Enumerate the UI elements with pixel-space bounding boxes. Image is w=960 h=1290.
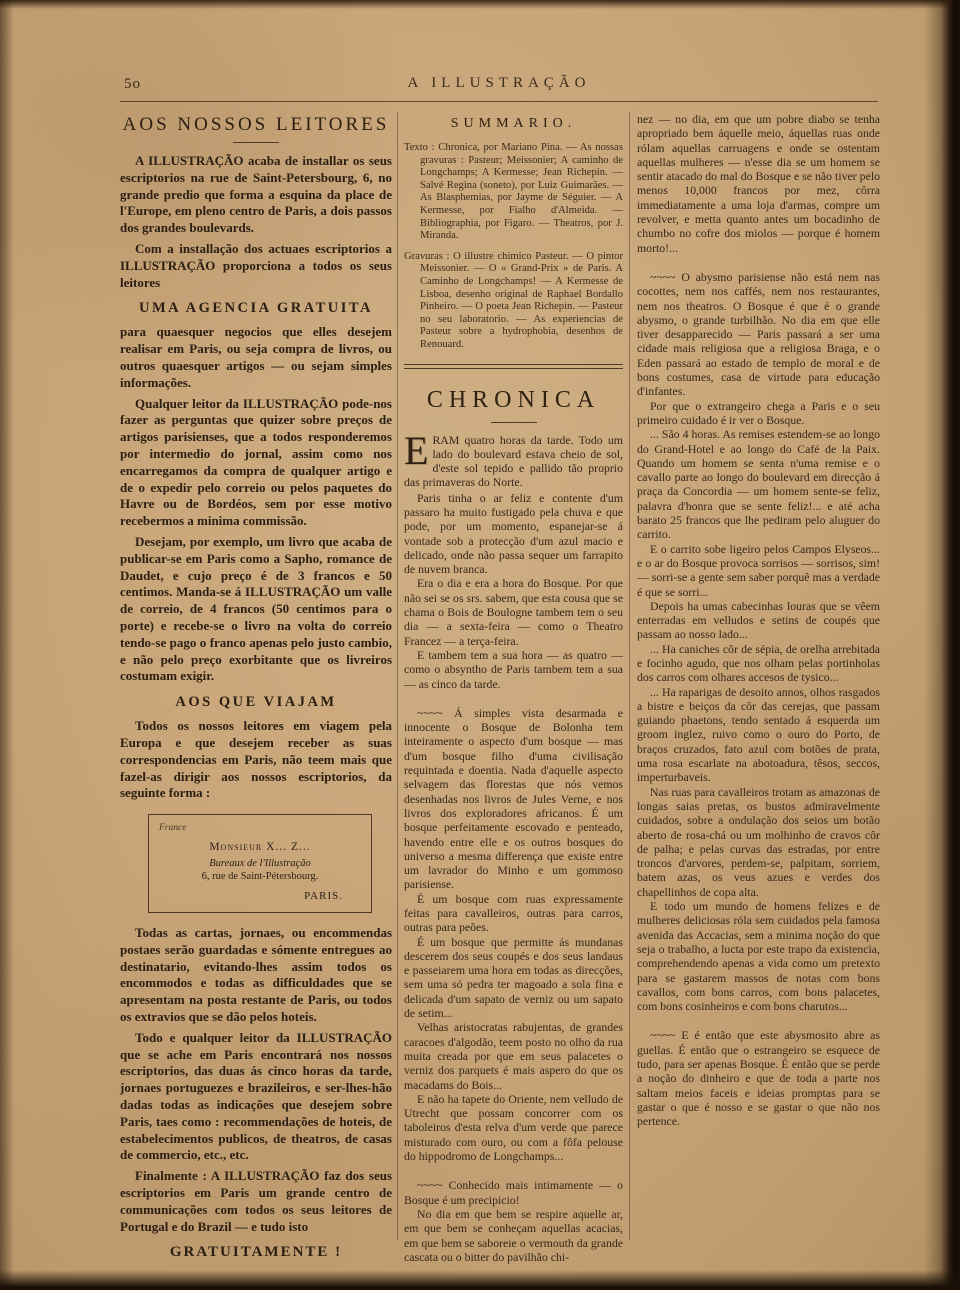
paragraph: Qualquer leitor da ILLUSTRAÇÃO pode-nos … xyxy=(120,396,392,530)
summario-gravuras: Gravuras : O illustre chimico Pasteur. —… xyxy=(404,251,623,352)
paragraph: nez — no dia, em que um pobre diabo se t… xyxy=(637,112,880,255)
heading-divider xyxy=(491,422,537,423)
paragraph: Desejam, por exemplo, um livro que acaba… xyxy=(120,534,392,685)
paragraph: Era o dia e era a hora do Bosque. Por qu… xyxy=(404,576,623,647)
paragraph: Velhas aristocratas rabujentas, de grand… xyxy=(404,1020,623,1091)
paragraph: É um bosque que permitte ás mundanas des… xyxy=(404,935,623,1021)
paragraph: ~~~~ Conhecido mais intimamente — o Bosq… xyxy=(404,1178,623,1207)
paragraph: Finalmente : A ILLUSTRAÇÃO faz dos seus … xyxy=(120,1168,392,1235)
paragraph: ~~~~ O abysmo parisiense não está nem na… xyxy=(637,270,880,399)
paragraph: Todo e qualquer leitor da ILLUSTRAÇÃO qu… xyxy=(120,1030,392,1164)
paragraph: É um bosque com ruas expressamente feita… xyxy=(404,892,623,935)
paragraph: ... Ha caniches côr de sépia, de orelha … xyxy=(637,642,880,685)
paragraph: No dia em que bem se respire aquelle ar,… xyxy=(404,1207,623,1264)
page-edge-left xyxy=(0,0,14,1290)
summario-texto: Texto : Chronica, por Mariano Pina. — As… xyxy=(404,142,623,243)
page-edge-top xyxy=(0,0,960,9)
section-divider-double-rule xyxy=(404,364,623,369)
paragraph: Paris tinha o ar feliz e contente d'um p… xyxy=(404,491,623,577)
gratuitamente-footer: GRATUITAMENTE ! xyxy=(120,1244,392,1261)
address-card: France Monsieur X... Z... Bureaux de l'I… xyxy=(148,814,372,913)
paragraph: Todos os nossos leitores em viagem pela … xyxy=(120,718,392,802)
paragraph: E o carrito sobe ligeiro pelos Campos El… xyxy=(637,542,880,599)
column-middle: SUMMARIO. Texto : Chronica, por Mariano … xyxy=(404,112,623,1264)
paragraph: Com a installação dos actuaes escriptori… xyxy=(120,241,392,291)
paragraph: Por que o extrangeiro chega a Paris e o … xyxy=(637,399,880,428)
drop-cap-initial: E xyxy=(404,433,432,467)
address-country: France xyxy=(159,823,361,833)
paragraph: Nas ruas para cavalleiros trotam as amaz… xyxy=(637,785,880,899)
address-addressee: Monsieur X... Z... xyxy=(159,841,361,853)
chronica-opening: ERAM quatro horas da tarde. Todo um lado… xyxy=(404,433,623,490)
page-header: 5o A ILLUSTRAÇÃO xyxy=(120,72,878,102)
paragraph: E todo um mundo de homens felizes e de m… xyxy=(637,899,880,1013)
address-line: Bureaux de l'Illustração xyxy=(159,858,361,869)
address-line: 6, rue de Saint-Pétersbourg. xyxy=(159,871,361,882)
paragraph: RAM quatro horas da tarde. Todo um lado … xyxy=(404,433,623,490)
column-divider-right xyxy=(629,112,630,1240)
page-edge-bottom xyxy=(0,1270,960,1290)
section-heading-chronica: CHRONICA xyxy=(404,387,623,414)
page-title: A ILLUSTRAÇÃO xyxy=(120,75,878,92)
page-edge-right xyxy=(924,0,960,1290)
header-rule xyxy=(120,101,878,102)
paragraph: para quaesquer negocios que elles deseje… xyxy=(120,324,392,391)
section-heading-summario: SUMMARIO. xyxy=(404,116,623,132)
paragraph: Depois ha umas cabecinhas louras que se … xyxy=(637,599,880,642)
paragraph: ... São 4 horas. As remises estendem-se … xyxy=(637,427,880,541)
paragraph: ... Ha raparigas de desoito annos, olhos… xyxy=(637,685,880,785)
heading-divider xyxy=(233,142,279,143)
subheading-agencia-gratuita: UMA AGENCIA GRATUITA xyxy=(120,300,392,317)
paragraph: E tambem tem a sua hora — as quatro — co… xyxy=(404,648,623,691)
section-heading-aos-nossos-leitores: AOS NOSSOS LEITORES xyxy=(120,114,392,136)
paragraph: Todas as cartas, jornaes, ou encommendas… xyxy=(120,925,392,1026)
column-right: nez — no dia, em que um pobre diabo se t… xyxy=(637,112,880,1128)
paragraph: ~~~~ E é então que este abysmosito abre … xyxy=(637,1028,880,1128)
subheading-aos-que-viajam: AOS QUE VIAJAM xyxy=(120,694,392,711)
paragraph: A ILLUSTRAÇÃO acaba de installar os seus… xyxy=(120,153,392,237)
paragraph: E não ha tapete do Oriente, nem velludo … xyxy=(404,1092,623,1163)
column-left: AOS NOSSOS LEITORES A ILLUSTRAÇÃO acaba … xyxy=(120,112,392,1261)
column-divider-left xyxy=(397,112,398,1240)
paragraph: ~~~~ Á simples vista desarmada e innocen… xyxy=(404,706,623,892)
address-city: PARIS. xyxy=(159,890,361,902)
